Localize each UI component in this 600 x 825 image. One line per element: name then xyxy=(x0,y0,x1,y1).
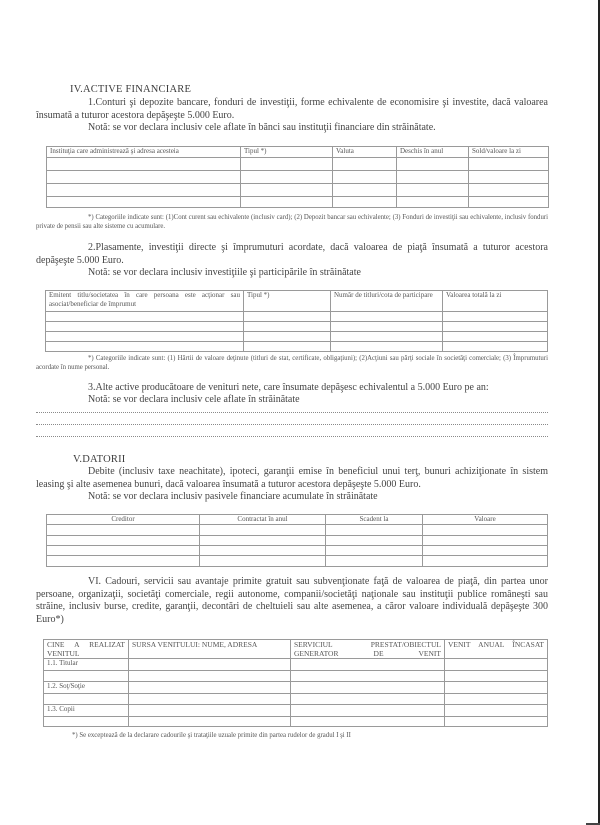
cell[interactable] xyxy=(326,525,423,536)
col-currency: Valuta xyxy=(333,147,397,158)
cell[interactable] xyxy=(129,705,291,717)
cell[interactable] xyxy=(331,342,443,352)
cell[interactable] xyxy=(291,659,445,671)
fill-line-3[interactable] xyxy=(36,436,548,437)
cell[interactable] xyxy=(333,184,397,197)
table-row[interactable] xyxy=(47,556,548,567)
cell[interactable] xyxy=(291,694,445,705)
table-row-spouse[interactable]: 1.2. Soţ/Soţie xyxy=(44,682,548,694)
section-iv-item2-text: 2.Plasamente, investiţii directe şi împr… xyxy=(36,242,548,267)
cell[interactable] xyxy=(244,312,331,322)
cell[interactable] xyxy=(241,197,333,208)
col-balance: Sold/valoare la zi xyxy=(469,147,549,158)
col-institution: Instituţia care administrează şi adresa … xyxy=(47,147,241,158)
cell[interactable] xyxy=(46,342,244,352)
cell[interactable] xyxy=(469,171,549,184)
table-row[interactable] xyxy=(47,536,548,546)
table-row[interactable] xyxy=(47,158,549,171)
col-value: Valoare xyxy=(423,515,548,525)
col-service: SERVICIUL PRESTAT/OBIECTUL GENERATOR DE … xyxy=(291,640,445,659)
cell[interactable] xyxy=(326,556,423,567)
investments-footnote: *) Categoriile indicate sunt: (1) Hârtii… xyxy=(36,354,548,372)
cell[interactable] xyxy=(445,671,548,682)
col-due: Scadent la xyxy=(326,515,423,525)
cell[interactable] xyxy=(47,197,241,208)
cell[interactable] xyxy=(423,536,548,546)
cell[interactable] xyxy=(241,158,333,171)
gifts-footnote: *) Se exceptează de la declarare cadouri… xyxy=(72,731,548,740)
col-annual-income: VENIT ANUAL ÎNCASAT xyxy=(445,640,548,659)
table-row[interactable] xyxy=(44,717,548,727)
cell[interactable] xyxy=(46,312,244,322)
section-iv-item1-text: 1.Conturi şi depozite bancare, fonduri d… xyxy=(36,97,548,122)
cell[interactable] xyxy=(397,158,469,171)
gifts-table-header: CINE A REALIZAT VENITUL SURSA VENITULUI:… xyxy=(44,640,548,659)
col-shares-count: Număr de titluri/cota de participare xyxy=(331,291,443,312)
table-row-children[interactable]: 1.3. Copii xyxy=(44,705,548,717)
table-row[interactable] xyxy=(46,322,548,332)
section-iv-item2-note: Notă: se vor declara inclusiv investiţii… xyxy=(88,267,548,280)
accounts-footnote: *) Categoriile indicate sunt: (1)Cont cu… xyxy=(36,213,548,231)
cell[interactable] xyxy=(333,197,397,208)
cell[interactable] xyxy=(333,158,397,171)
cell[interactable] xyxy=(397,197,469,208)
cell[interactable] xyxy=(443,312,548,322)
section-iv-item3-text: 3.Alte active producătoare de venituri n… xyxy=(88,382,548,395)
col-type: Tipul *) xyxy=(241,147,333,158)
cell[interactable] xyxy=(44,694,129,705)
row-label: 1.3. Copii xyxy=(44,705,129,717)
cell[interactable] xyxy=(333,171,397,184)
cell[interactable] xyxy=(47,171,241,184)
investments-table-header: Emitent titlu/societatea în care persoan… xyxy=(46,291,548,312)
accounts-table: Instituţia care administrează şi adresa … xyxy=(46,146,549,208)
cell[interactable] xyxy=(46,322,244,332)
cell[interactable] xyxy=(397,171,469,184)
cell[interactable] xyxy=(331,322,443,332)
cell[interactable] xyxy=(423,525,548,536)
section-vi-text: VI. Cadouri, servicii sau avantaje primi… xyxy=(36,576,548,626)
col-opened-year: Deschis în anul xyxy=(397,147,469,158)
cell[interactable] xyxy=(241,184,333,197)
cell[interactable] xyxy=(291,682,445,694)
col-source: SURSA VENITULUI: NUME, ADRESA xyxy=(129,640,291,659)
col-issuer: Emitent titlu/societatea în care persoan… xyxy=(46,291,244,312)
cell[interactable] xyxy=(129,671,291,682)
section-v-title: V.DATORII xyxy=(73,454,125,465)
cell[interactable] xyxy=(291,705,445,717)
cell[interactable] xyxy=(445,717,548,727)
cell[interactable] xyxy=(47,536,200,546)
cell[interactable] xyxy=(244,342,331,352)
col-total-value: Valoarea totală la zi xyxy=(443,291,548,312)
cell[interactable] xyxy=(469,184,549,197)
table-row[interactable] xyxy=(47,525,548,536)
cell[interactable] xyxy=(47,556,200,567)
cell[interactable] xyxy=(423,556,548,567)
cell[interactable] xyxy=(244,332,331,342)
cell[interactable] xyxy=(200,525,326,536)
cell[interactable] xyxy=(291,717,445,727)
cell[interactable] xyxy=(46,332,244,342)
table-row[interactable] xyxy=(44,671,548,682)
cell[interactable] xyxy=(331,332,443,342)
section-v-note: Notă: se vor declara inclusiv pasivele f… xyxy=(88,491,548,504)
cell[interactable] xyxy=(397,184,469,197)
cell[interactable] xyxy=(423,546,548,556)
table-row[interactable] xyxy=(47,171,549,184)
cell[interactable] xyxy=(443,342,548,352)
cell[interactable] xyxy=(47,525,200,536)
cell[interactable] xyxy=(326,536,423,546)
cell[interactable] xyxy=(445,659,548,671)
section-v-text: Debite (inclusiv taxe neachitate), ipote… xyxy=(36,466,548,491)
debts-table-header: Creditor Contractat în anul Scadent la V… xyxy=(47,515,548,525)
col-who: CINE A REALIZAT VENITUL xyxy=(44,640,129,659)
debts-table: Creditor Contractat în anul Scadent la V… xyxy=(46,514,548,567)
table-row[interactable] xyxy=(47,184,549,197)
cell[interactable] xyxy=(200,556,326,567)
row-label: 1.1. Titular xyxy=(44,659,129,671)
investments-table: Emitent titlu/societatea în care persoan… xyxy=(45,290,548,352)
table-row[interactable] xyxy=(46,312,548,322)
cell[interactable] xyxy=(200,546,326,556)
cell[interactable] xyxy=(443,322,548,332)
cell[interactable] xyxy=(469,158,549,171)
cell[interactable] xyxy=(47,546,200,556)
table-row[interactable] xyxy=(47,197,549,208)
cell[interactable] xyxy=(241,171,333,184)
cell[interactable] xyxy=(44,717,129,727)
row-label: 1.2. Soţ/Soţie xyxy=(44,682,129,694)
table-row[interactable] xyxy=(44,694,548,705)
col-type: Tipul *) xyxy=(244,291,331,312)
section-iv-item3-note: Notă: se vor declara inclusiv cele aflat… xyxy=(88,394,548,407)
cell[interactable] xyxy=(129,659,291,671)
cell[interactable] xyxy=(445,682,548,694)
table-row[interactable] xyxy=(47,546,548,556)
table-row[interactable] xyxy=(46,342,548,352)
col-creditor: Creditor xyxy=(47,515,200,525)
cell[interactable] xyxy=(129,717,291,727)
cell[interactable] xyxy=(47,184,241,197)
accounts-table-header: Instituţia care administrează şi adresa … xyxy=(47,147,549,158)
cell[interactable] xyxy=(44,671,129,682)
section-iv-title: IV.ACTIVE FINANCIARE xyxy=(70,84,191,95)
cell[interactable] xyxy=(326,546,423,556)
cell[interactable] xyxy=(443,332,548,342)
fill-line-2[interactable] xyxy=(36,424,548,425)
cell[interactable] xyxy=(129,694,291,705)
cell[interactable] xyxy=(469,197,549,208)
cell[interactable] xyxy=(331,312,443,322)
cell[interactable] xyxy=(47,158,241,171)
table-row[interactable] xyxy=(46,332,548,342)
cell[interactable] xyxy=(445,694,548,705)
cell[interactable] xyxy=(445,705,548,717)
fill-line-1[interactable] xyxy=(36,412,548,413)
cell[interactable] xyxy=(129,682,291,694)
gifts-table: CINE A REALIZAT VENITUL SURSA VENITULUI:… xyxy=(43,639,548,727)
cell[interactable] xyxy=(291,671,445,682)
cell[interactable] xyxy=(200,536,326,546)
cell[interactable] xyxy=(244,322,331,332)
col-contracted-year: Contractat în anul xyxy=(200,515,326,525)
table-row-titular[interactable]: 1.1. Titular xyxy=(44,659,548,671)
section-iv-item1-note: Notă: se vor declara inclusiv cele aflat… xyxy=(88,122,548,135)
